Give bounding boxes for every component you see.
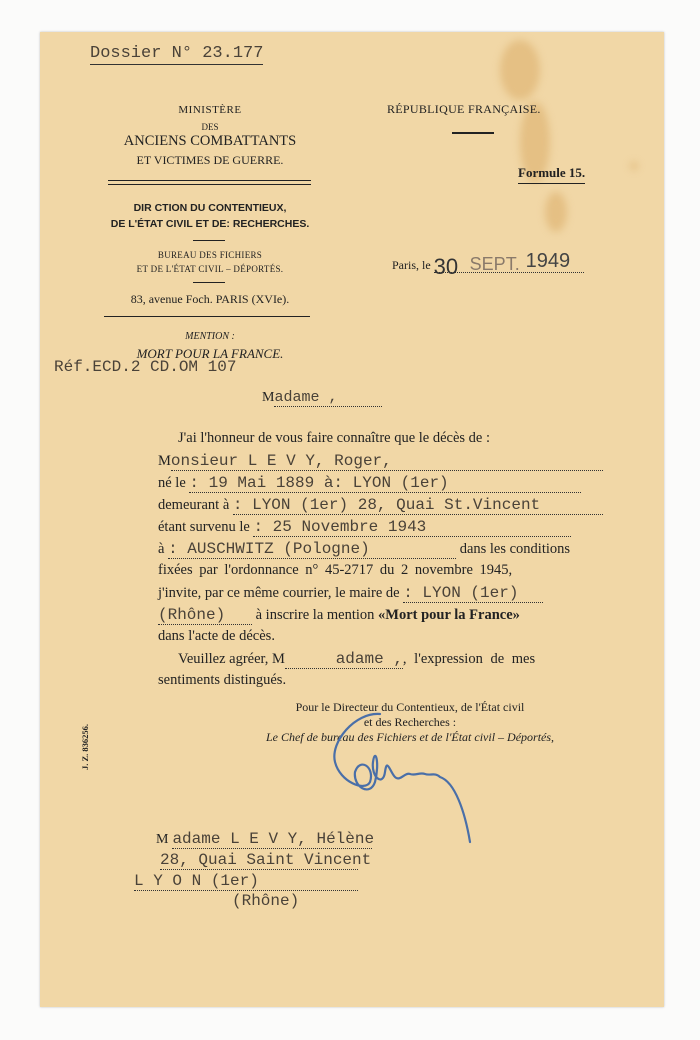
document-paper: Dossier N° 23.177 MINISTÈRE DES ANCIENS … (40, 32, 664, 1007)
ministry-line1: MINISTÈRE (100, 104, 320, 116)
born-label: né le (158, 475, 186, 491)
mention-label: MENTION : (95, 328, 325, 345)
ministry-line2: DES (100, 122, 320, 132)
divider (193, 240, 225, 241)
residing-label: demeurant à (158, 497, 229, 513)
address: 83, avenue Foch. PARIS (XVIe). (95, 292, 325, 307)
republic-title: RÉPUBLIQUE FRANÇAISE. (387, 102, 541, 117)
direction-line1: DIR CTION DU CONTENTIEUX, (95, 200, 325, 216)
form-number: Formule 15. (518, 165, 585, 184)
death-date-label: étant survenu le (158, 519, 250, 535)
residing-value: : LYON (1er) 28, Quai St.Vincent (233, 496, 603, 515)
divider (108, 184, 311, 185)
recipient-street: 28, Quai Saint Vincent (160, 851, 358, 870)
residing-field: demeurant à : LYON (1er) 28, Quai St.Vin… (158, 496, 603, 515)
ordinance-text: fixées par l'ordonnance n° 45-2717 du 2 … (158, 562, 512, 579)
born-value: : 19 Mai 1889 à: LYON (1er) (189, 474, 581, 493)
date-year: 1949 (526, 250, 571, 273)
reference: Réf.ECD.2 CD.OM 107 (54, 358, 236, 376)
closing-value: adame , (285, 650, 403, 669)
dossier-number: Dossier N° 23.177 (90, 44, 263, 65)
stain (630, 162, 638, 170)
inscribe-value: (Rhône) (158, 606, 252, 625)
recipient-region: (Rhône) (232, 892, 299, 910)
inscribe-field: (Rhône) à inscrire la mention «Mort pour… (158, 606, 520, 625)
recipient-prefix: M (156, 832, 168, 847)
intro-text: J'ai l'honneur de vous faire connaître q… (178, 430, 490, 447)
invite-text: j'invite, par ce même courrier, le maire… (158, 585, 400, 601)
salutation: Madame , (262, 388, 382, 407)
born-field: né le : 19 Mai 1889 à: LYON (1er) (158, 474, 581, 493)
place-label: Paris, le (392, 258, 431, 272)
divider (452, 132, 494, 134)
death-place-value: : AUSCHWITZ (Pologne) (168, 540, 456, 559)
printer-mark: J. Z. 836256. (80, 724, 90, 770)
inscribe-mention: «Mort pour la France» (378, 607, 520, 623)
closing-text-line2: sentiments distingués. (158, 672, 286, 689)
deceased-prefix: M (158, 453, 171, 469)
deceased-value: onsieur L E V Y, Roger, (171, 452, 603, 471)
date-day: 30 (434, 254, 458, 280)
divider (108, 180, 311, 181)
direction-line2: DE L'ÉTAT CIVIL ET DE: RECHERCHES. (95, 216, 325, 232)
death-place-field: à : AUSCHWITZ (Pologne) dans les conditi… (158, 540, 570, 559)
recipient-name-line: M adame L E V Y, Hélène (156, 830, 372, 849)
death-place-label: à (158, 541, 164, 557)
closing-field: Veuillez agréer, Madame ,, l'expression … (178, 650, 535, 669)
bureau-line2: ET DE L'ÉTAT CIVIL – DÉPORTÉS. (95, 262, 325, 276)
closing-text2: , l'expression de mes (403, 651, 535, 667)
place-date: Paris, le 30 SEPT. 1949 (392, 258, 584, 273)
date-month: SEPT. (470, 254, 520, 275)
recipient-name: adame L E V Y, Hélène (172, 830, 372, 849)
deceased-field: Monsieur L E V Y, Roger, (158, 452, 603, 471)
recipient-city: L Y O N (1er) (134, 872, 358, 891)
invite-field: j'invite, par ce même courrier, le maire… (158, 584, 543, 603)
stain (500, 40, 540, 100)
death-date-value: : 25 Novembre 1943 (253, 518, 571, 537)
death-date-field: étant survenu le : 25 Novembre 1943 (158, 518, 571, 537)
closing-text1: Veuillez agréer, M (178, 651, 285, 667)
bureau-line1: BUREAU DES FICHIERS (95, 248, 325, 262)
act-text: dans l'acte de décès. (158, 628, 275, 645)
divider (193, 282, 225, 283)
divider (104, 316, 310, 317)
salutation-prefix: M (262, 390, 274, 405)
ministry-line3: ANCIENS COMBATTANTS (100, 133, 320, 150)
date-field: 30 SEPT. 1949 (434, 258, 584, 273)
ministry-line4: ET VICTIMES DE GUERRE. (100, 153, 320, 168)
inscribe-text: à inscrire la mention (256, 607, 375, 623)
invite-value: : LYON (1er) (403, 584, 543, 603)
stain (545, 192, 567, 232)
salutation-value: adame , (274, 389, 382, 407)
death-place-suffix: dans les conditions (460, 541, 570, 557)
